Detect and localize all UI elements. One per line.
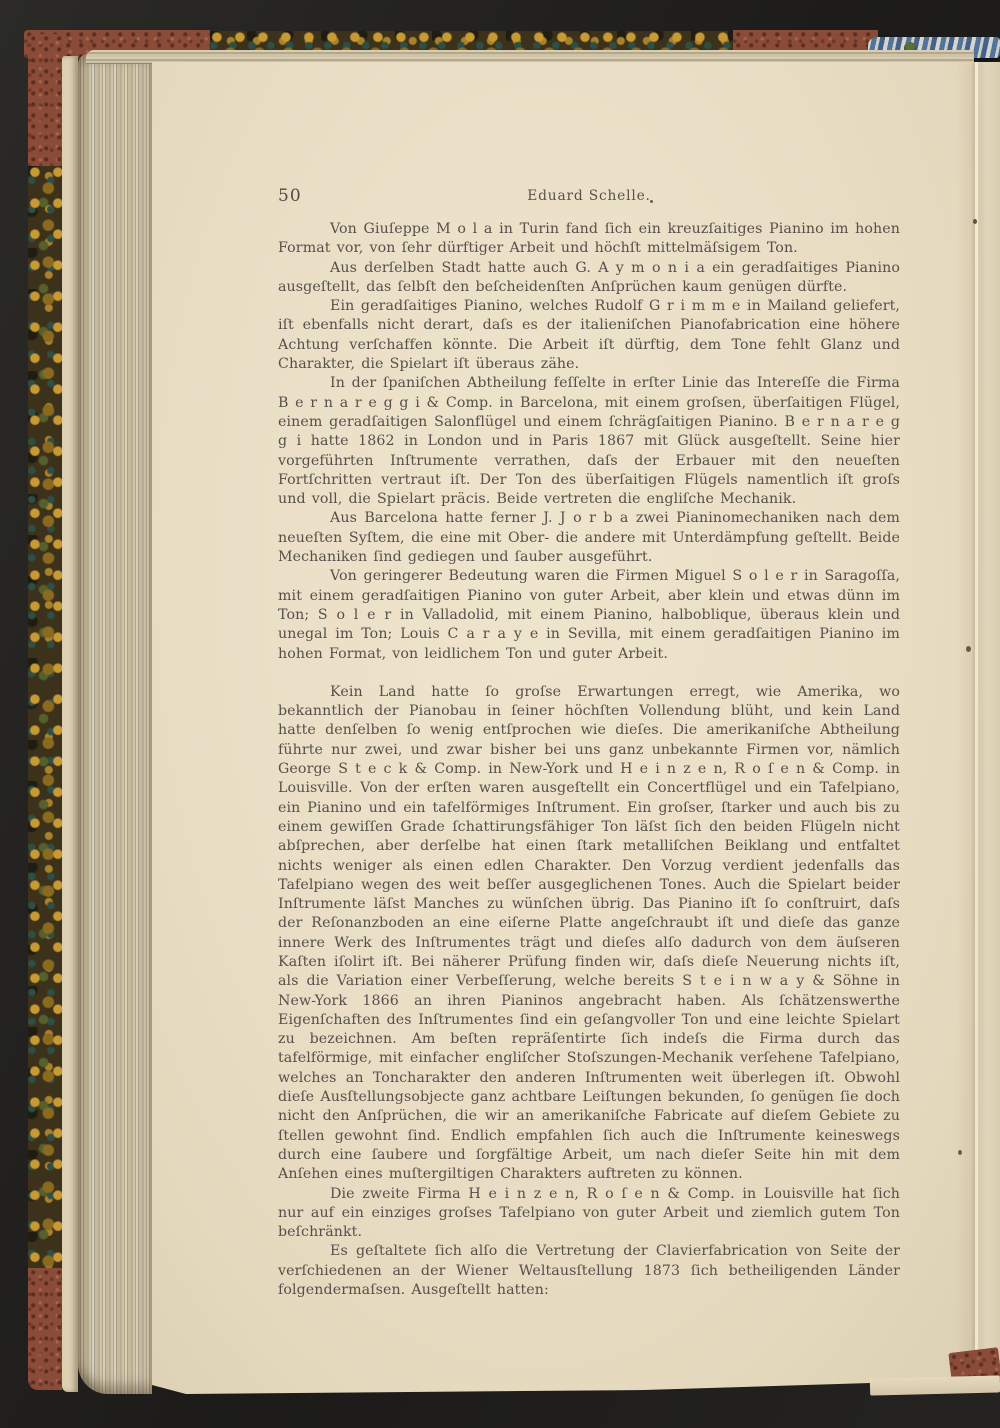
- paragraph: Aus Barcelona hatte ferner J. J o r b a …: [278, 509, 900, 567]
- pastedown-edge: [62, 56, 78, 1392]
- paragraph: Es geſtaltete ſich alſo die Vertretung d…: [278, 1242, 900, 1300]
- stain-speck: [966, 646, 971, 652]
- paragraph: Aus derſelben Stadt hatte auch G. A y m …: [278, 259, 900, 298]
- stain-speck: [958, 1150, 962, 1155]
- paragraph: Die zweite Firma H e i n z e n, R o ſ e …: [278, 1185, 900, 1243]
- gutter-crease: [975, 62, 978, 1394]
- running-header: 50 Eduard Schelle.: [278, 186, 900, 206]
- stain-speck: [650, 200, 653, 203]
- leather-corner-side-bottom: [28, 1268, 62, 1390]
- paragraph: Ein geradſaitiges Pianino, welches Rudol…: [278, 297, 900, 374]
- facing-page-fragment: [870, 1375, 1000, 1395]
- paragraph: Von Giuſeppe M o l a in Turin fand ſich …: [278, 220, 900, 259]
- page-edge-stack-top: [86, 50, 974, 64]
- book-page: 50 Eduard Schelle. Von Giuſeppe M o l a …: [152, 62, 1000, 1394]
- running-title: Eduard Schelle.: [278, 188, 900, 204]
- page-edge-stack-left: [78, 54, 152, 1394]
- stain-speck: [973, 219, 977, 224]
- paragraph: In der ſpaniſchen Abtheilung feſſelte in…: [278, 374, 900, 509]
- book-cover-side-edge: [28, 34, 62, 1390]
- photo-background: 50 Eduard Schelle. Von Giuſeppe M o l a …: [0, 0, 1000, 1428]
- paragraph: Kein Land hatte ſo groſse Erwartungen er…: [278, 683, 900, 1185]
- paragraph: Von geringerer Bedeutung waren die Firme…: [278, 567, 900, 663]
- text-block: Von Giuſeppe M o l a in Turin fand ſich …: [278, 220, 900, 1300]
- leather-corner-side-top: [28, 34, 62, 166]
- marbled-paper-side: [28, 166, 62, 1268]
- gutter-strip: [976, 62, 1000, 1394]
